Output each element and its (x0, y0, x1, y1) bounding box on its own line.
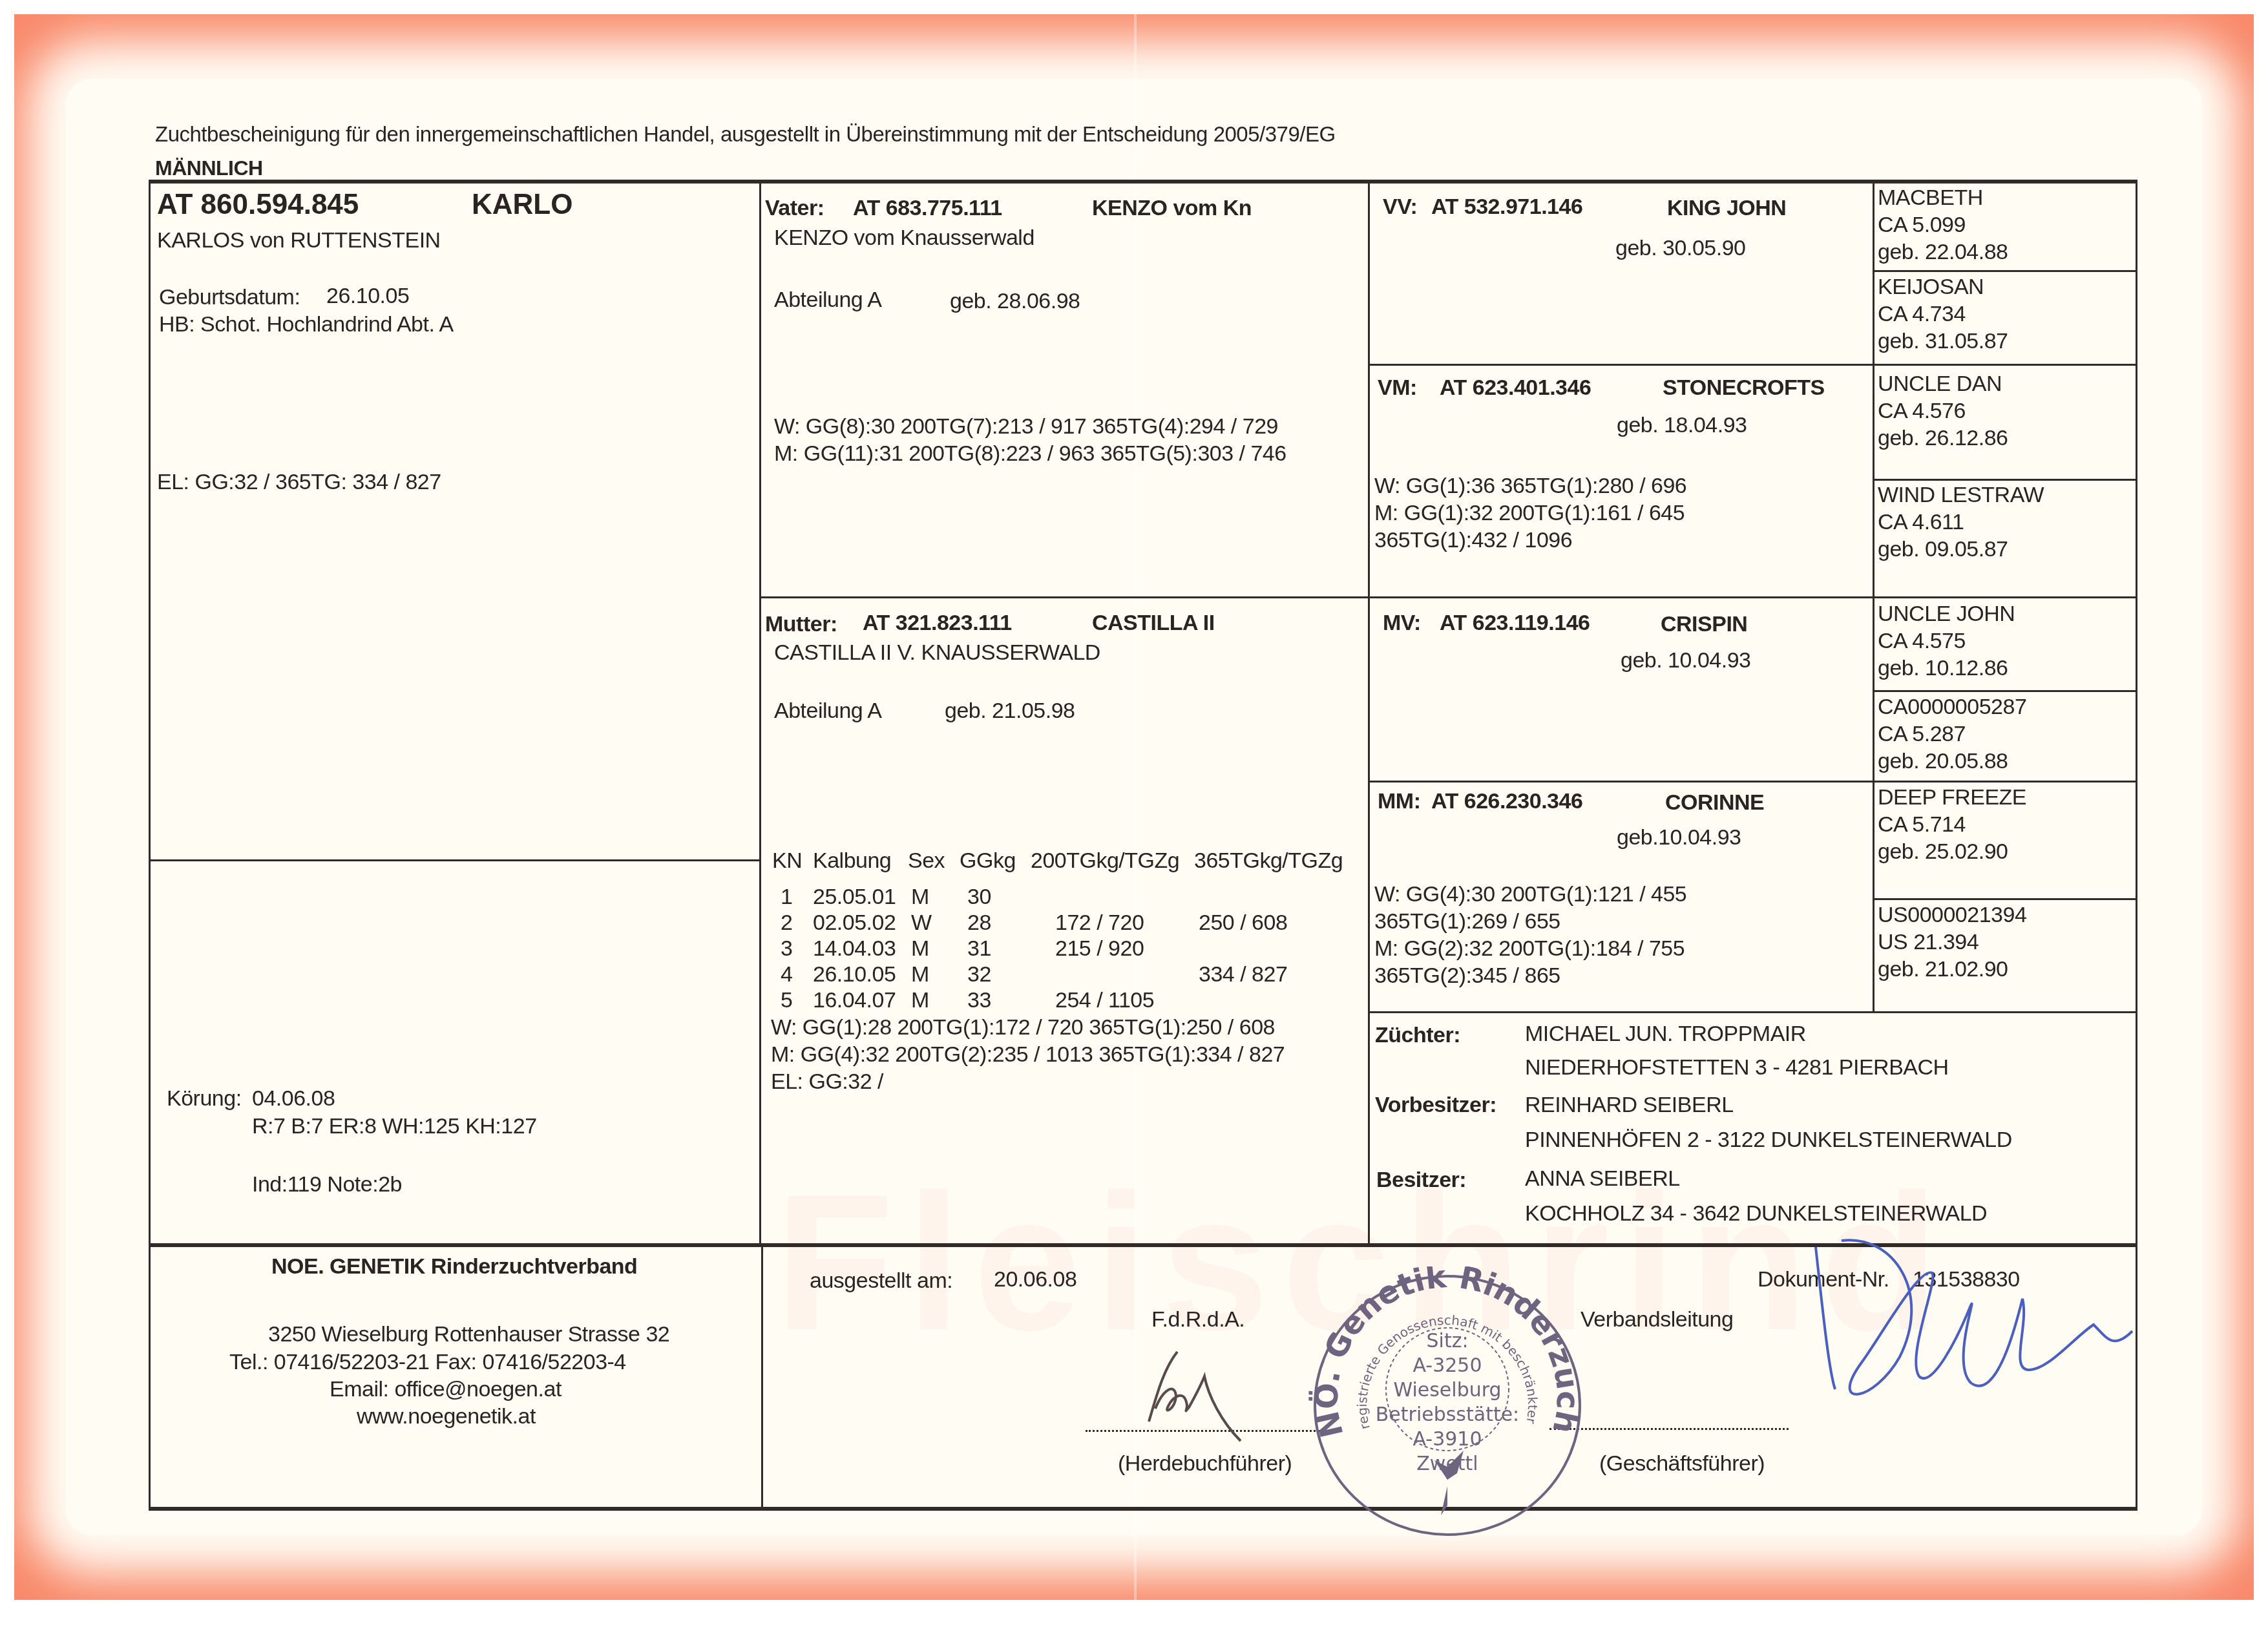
koerung-label: Körung: (167, 1086, 242, 1111)
calving-cell: 334 / 827 (1199, 961, 1287, 987)
previous-owner-name: REINHARD SEIBERL (1525, 1092, 1734, 1118)
calving-cell: 16.04.07 (813, 987, 896, 1013)
vv-vm-divider (1368, 364, 2137, 366)
association-mgmt-label: Verbandsleitung (1580, 1307, 1733, 1332)
mother-id: AT 321.823.111 (863, 610, 1012, 636)
gg-name: UNCLE JOHN (1878, 601, 2015, 627)
gg-registration: US 21.394 (1878, 929, 1979, 955)
gg-registration: CA 5.714 (1878, 812, 1966, 837)
col-divider-1 (759, 180, 761, 1246)
mv-name: CRISPIN (1661, 611, 1747, 637)
birth-date: 26.10.05 (326, 283, 409, 309)
mm-born: geb.10.04.93 (1617, 824, 1741, 850)
father-m-line: M: GG(11):31 200TG(8):223 / 963 365TG(5)… (774, 441, 1286, 467)
gg-divider-1 (1873, 270, 2137, 272)
footer-col-divider (761, 1245, 763, 1509)
vm-line-2: M: GG(1):32 200TG(1):161 / 645 (1374, 500, 1685, 526)
org-address: 3250 Wieselburg Rottenhauser Strasse 32 (268, 1321, 669, 1347)
gg-born: geb. 22.04.88 (1878, 239, 2008, 265)
herdbook: HB: Schot. Hochlandrind Abt. A (159, 311, 454, 337)
gg-name: MACBETH (1878, 185, 1983, 211)
mother-full-name: CASTILLA II V. KNAUSSERWALD (774, 640, 1100, 666)
mv-born: geb. 10.04.93 (1621, 647, 1750, 673)
mm-id: AT 626.230.346 (1431, 788, 1582, 814)
calving-cell: M (911, 961, 929, 987)
father-full-name: KENZO vom Knausserwald (774, 225, 1034, 251)
father-short-name: KENZO vom Kn (1092, 195, 1252, 221)
mv-id: AT 623.119.146 (1440, 610, 1590, 636)
gg-name: UNCLE DAN (1878, 371, 2002, 397)
vm-label: VM: (1378, 375, 1417, 401)
calving-cell: 33 (967, 987, 991, 1013)
mother-label: Mutter: (765, 611, 837, 637)
association-stamp: NÖ. Genetik Rinderzuchtverband registrie… (1305, 1266, 1590, 1538)
calving-header-200tg: 200TGkg/TGZg (1031, 848, 1179, 874)
gg-born: geb. 09.05.87 (1878, 536, 2008, 562)
vv-id: AT 532.971.146 (1431, 194, 1582, 220)
table-left-border (149, 180, 151, 1509)
vm-born: geb. 18.04.93 (1617, 412, 1747, 438)
calving-cell: 4 (781, 961, 792, 987)
calving-cell: 25.05.01 (813, 884, 896, 910)
calving-cell: 02.05.02 (813, 910, 896, 936)
mother-el-line: EL: GG:32 / (771, 1069, 883, 1095)
calving-cell: 31 (967, 936, 991, 961)
father-label: Vater: (765, 195, 824, 221)
mother-short-name: CASTILLA II (1092, 610, 1215, 636)
gg-name: US0000021394 (1878, 902, 2026, 928)
svg-text:Sitz:: Sitz: (1427, 1330, 1469, 1352)
birth-date-label: Geburtsdatum: (159, 284, 300, 310)
vv-born: geb. 30.05.90 (1615, 235, 1745, 261)
svg-text:Wieselburg: Wieselburg (1393, 1379, 1501, 1402)
gg-born: geb. 31.05.87 (1878, 328, 2008, 354)
gg-registration: CA 4.575 (1878, 628, 1966, 654)
calving-cell: 14.04.03 (813, 936, 896, 961)
calving-cell: 30 (967, 884, 991, 910)
org-email[interactable]: Email: office@noegen.at (330, 1376, 562, 1402)
calving-cell: M (911, 987, 929, 1013)
mm-label: MM: (1378, 788, 1420, 814)
calving-header-gg: GGkg (960, 848, 1016, 874)
animal-id: AT 860.594.845 (157, 189, 359, 221)
calving-header-kn: KN (772, 848, 802, 874)
sex-label: MÄNNLICH (155, 155, 263, 181)
vm-id: AT 623.401.346 (1440, 375, 1591, 401)
managing-director-label: (Geschäftsführer) (1599, 1451, 1765, 1476)
calving-header-sex: Sex (908, 848, 945, 874)
koerung-date: 04.06.08 (252, 1086, 335, 1111)
calving-cell: 3 (781, 936, 792, 961)
mother-w-line: W: GG(1):28 200TG(1):172 / 720 365TG(1):… (771, 1014, 1275, 1040)
gg-registration: CA 4.576 (1878, 398, 1966, 424)
vm-name: STONECROFTS (1663, 375, 1825, 401)
gg-name: KEIJOSAN (1878, 274, 1984, 300)
gg-name: CA0000005287 (1878, 694, 2026, 720)
issued-label: ausgestellt am: (810, 1268, 952, 1294)
vv-label: VV: (1383, 194, 1417, 220)
owner-name: ANNA SEIBERL (1525, 1166, 1680, 1192)
father-id: AT 683.775.111 (853, 195, 1002, 221)
koerung-scores: R:7 B:7 ER:8 WH:125 KH:127 (252, 1113, 537, 1139)
calving-cell: 254 / 1105 (1055, 987, 1154, 1013)
breeder-address: NIEDERHOFSTETTEN 3 - 4281 PIERBACH (1525, 1055, 1949, 1080)
calving-header-date: Kalbung (813, 848, 891, 874)
gg-name: DEEP FREEZE (1878, 784, 2026, 810)
herdbook-keeper-label: (Herdebuchführer) (1118, 1451, 1292, 1476)
mm-line-2: 365TG(1):269 / 655 (1374, 909, 1560, 934)
animal-full-name: KARLOS von RUTTENSTEIN (157, 227, 441, 253)
calving-cell: 172 / 720 (1055, 910, 1144, 936)
org-name: NOE. GENETIK Rinderzuchtverband (271, 1254, 637, 1279)
previous-owner-address: PINNENHÖFEN 2 - 3122 DUNKELSTEINERWALD (1525, 1127, 2012, 1153)
father-section: Abteilung A (774, 287, 882, 313)
calving-cell: 5 (781, 987, 792, 1013)
animal-section-divider (149, 859, 761, 861)
herdbook-keeper-signature (1137, 1344, 1279, 1454)
vm-line-1: W: GG(1):36 365TG(1):280 / 696 (1374, 473, 1686, 499)
managing-director-signature (1803, 1228, 2165, 1422)
calving-header-365tg: 365TGkg/TGZg (1194, 848, 1343, 874)
mv-mm-divider (1368, 781, 2137, 782)
gg-registration: CA 4.611 (1878, 509, 1964, 535)
issued-date: 20.06.08 (994, 1266, 1076, 1292)
svg-text:A-3250: A-3250 (1412, 1354, 1482, 1377)
gg-born: geb. 25.02.90 (1878, 839, 2008, 865)
owner-address: KOCHHOLZ 34 - 3642 DUNKELSTEINERWALD (1525, 1201, 1987, 1226)
mm-name: CORINNE (1665, 790, 1764, 815)
gg-divider-3 (1873, 479, 2137, 481)
table-top-border (149, 180, 2137, 184)
breeder-label: Züchter: (1375, 1022, 1460, 1048)
calving-cell: 28 (967, 910, 991, 936)
breeder-name: MICHAEL JUN. TROPPMAIR (1525, 1021, 1806, 1047)
parents-divider (759, 596, 1370, 598)
mother-born: geb. 21.05.98 (945, 698, 1075, 724)
mm-owners-divider (1368, 1011, 2137, 1013)
certificate-title: Zuchtbescheinigung für den innergemeinsc… (155, 121, 1336, 147)
org-website[interactable]: www.noegenetik.at (357, 1403, 536, 1429)
gg-born: geb. 10.12.86 (1878, 655, 2008, 681)
mm-line-1: W: GG(4):30 200TG(1):121 / 455 (1374, 881, 1686, 907)
calving-cell: 26.10.05 (813, 961, 896, 987)
gg-born: geb. 21.02.90 (1878, 956, 2008, 982)
koerung-index: Ind:119 Note:2b (252, 1171, 402, 1197)
gg-registration: CA 4.734 (1878, 301, 1966, 327)
table-bottom-border (149, 1507, 2137, 1511)
gg-born: geb. 26.12.86 (1878, 425, 2008, 451)
animal-short-name: KARLO (472, 189, 572, 221)
gg-born: geb. 20.05.88 (1878, 748, 2008, 774)
previous-owner-label: Vorbesitzer: (1375, 1092, 1496, 1118)
mm-line-4: 365TG(2):345 / 865 (1374, 963, 1560, 989)
fdrda-label: F.d.R.d.A. (1151, 1307, 1244, 1332)
col-divider-2 (1368, 180, 1370, 1246)
gg-registration: CA 5.099 (1878, 212, 1966, 238)
mv-label: MV: (1383, 610, 1421, 636)
svg-text:A-3910: A-3910 (1412, 1428, 1482, 1451)
vv-name: KING JOHN (1667, 195, 1786, 221)
vm-mv-divider (1368, 596, 2137, 598)
gg-registration: CA 5.287 (1878, 721, 1966, 747)
calving-cell: 32 (967, 961, 991, 987)
calving-cell: M (911, 884, 929, 910)
calving-cell: M (911, 936, 929, 961)
vm-line-3: 365TG(1):432 / 1096 (1374, 527, 1572, 553)
mm-line-3: M: GG(2):32 200TG(1):184 / 755 (1374, 936, 1685, 961)
svg-text:Betriebsstätte:: Betriebsstätte: (1376, 1403, 1519, 1426)
father-w-line: W: GG(8):30 200TG(7):213 / 917 365TG(4):… (774, 414, 1278, 439)
calving-cell: 1 (781, 884, 792, 910)
stamp-center-text: Sitz:A-3250WieselburgBetriebsstätte:A-39… (1376, 1330, 1519, 1475)
mother-section: Abteilung A (774, 698, 882, 724)
gg-divider-7 (1873, 898, 2137, 900)
calving-cell: 2 (781, 910, 792, 936)
org-phone-fax: Tel.: 07416/52203-21 Fax: 07416/52203-4 (229, 1349, 626, 1375)
father-born: geb. 28.06.98 (950, 288, 1080, 314)
calving-cell: 250 / 608 (1199, 910, 1287, 936)
gg-divider-5 (1873, 690, 2137, 692)
owner-label: Besitzer: (1376, 1167, 1466, 1193)
calving-cell: 215 / 920 (1055, 936, 1144, 961)
animal-el-line: EL: GG:32 / 365TG: 334 / 827 (157, 469, 441, 495)
mother-m-line: M: GG(4):32 200TG(2):235 / 1013 365TG(1)… (771, 1042, 1285, 1067)
calving-cell: W (911, 910, 932, 936)
gg-name: WIND LESTRAW (1878, 482, 2044, 508)
